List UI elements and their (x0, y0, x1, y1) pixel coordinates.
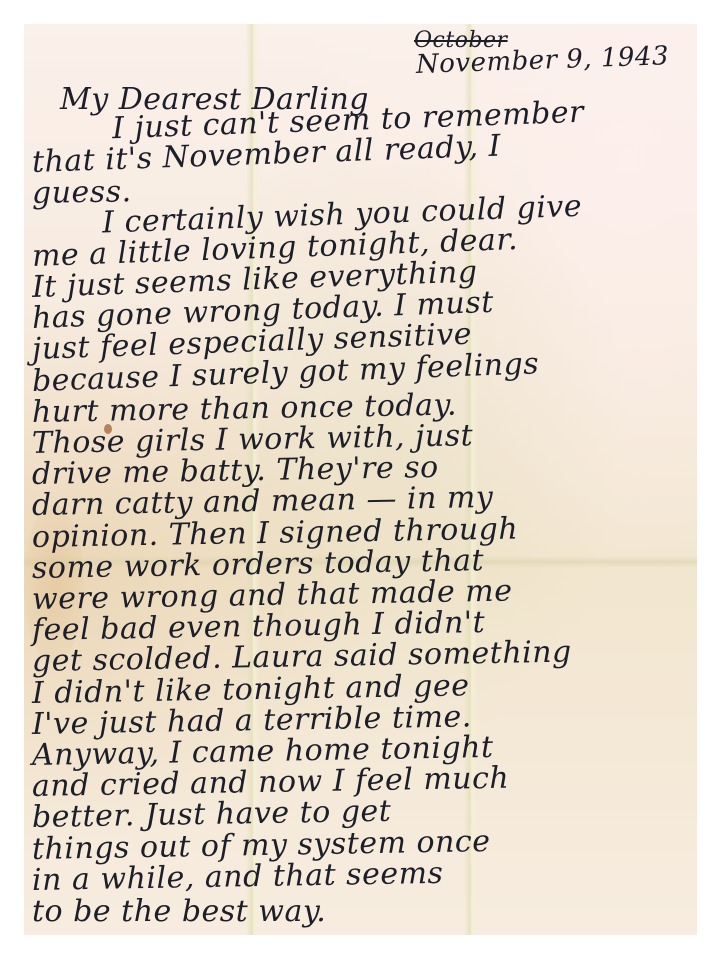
letter-line: in a while, and that seems (32, 856, 444, 899)
letter-paper: October November 9, 1943 My Dearest Darl… (24, 24, 697, 935)
letter-line: to be the best way. (32, 894, 326, 930)
